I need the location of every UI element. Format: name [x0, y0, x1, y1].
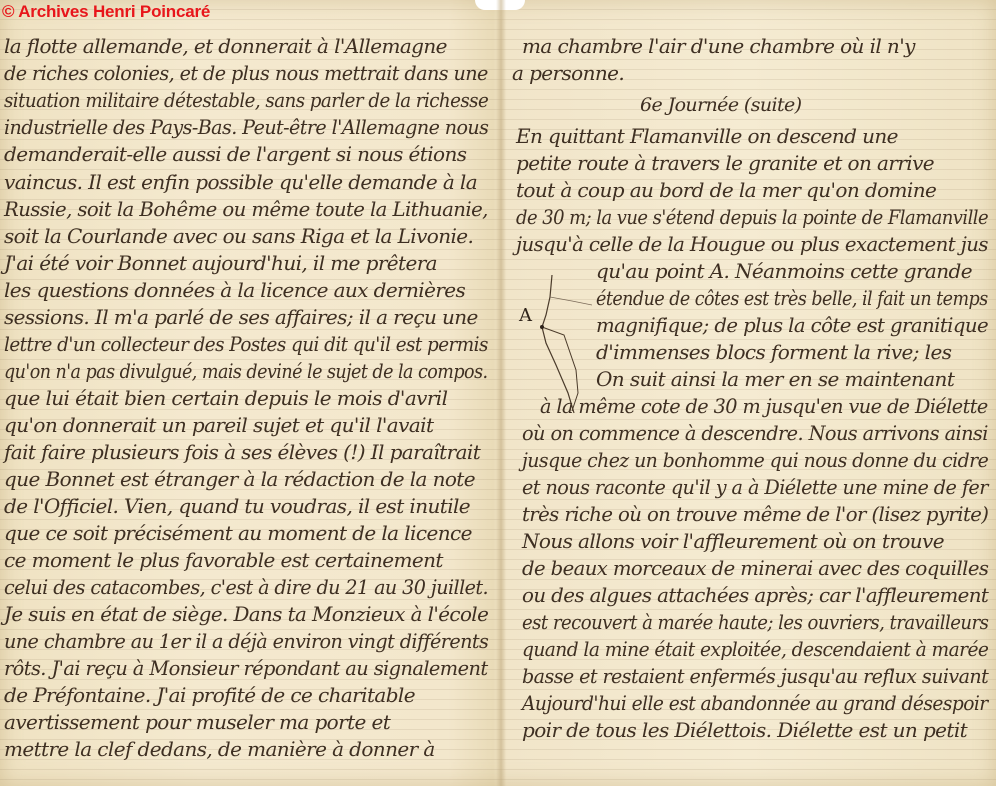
manuscript-line: Nous allons voir l'affleurement où on tr…	[522, 529, 944, 553]
background-margin	[0, 786, 996, 800]
manuscript-line: jusqu'à celle de la Hougue ou plus exact…	[516, 232, 988, 256]
copyright-watermark: © Archives Henri Poincaré	[2, 2, 210, 22]
manuscript-line: jusque chez un bonhomme qui nous donne d…	[522, 448, 988, 472]
manuscript-line: avertissement pour museler ma porte et	[4, 710, 390, 734]
manuscript-line: basse et restaient enfermés jusqu'au ref…	[522, 664, 988, 688]
manuscript-line: une chambre au 1er il a déjà environ vin…	[4, 629, 488, 653]
manuscript-line: ou des algues attachées après; car l'aff…	[522, 583, 988, 607]
manuscript-line: que Bonnet est étranger à la rédaction d…	[4, 467, 475, 491]
manuscript-line: ma chambre l'air d'une chambre où il n'y	[522, 34, 915, 58]
manuscript-line: Russie, soit la Bohême ou même toute la …	[4, 197, 488, 221]
manuscript-line: de Préfontaine. J'ai profité de ce chari…	[4, 683, 415, 707]
manuscript-line: qu'au point A. Néanmoins cette grande	[596, 259, 972, 283]
manuscript-line: industrielle des Pays-Bas. Peut-être l'A…	[4, 115, 488, 139]
manuscript-line: ce moment le plus favorable est certaine…	[4, 548, 443, 572]
manuscript-line: qu'on donnerait un pareil sujet et qu'il…	[4, 413, 433, 437]
manuscript-line: vaincus. Il est enfin possible qu'elle d…	[4, 170, 477, 194]
manuscript-line: lettre d'un collecteur des Postes qui di…	[4, 332, 488, 356]
manuscript-line: d'immenses blocs forment la rive; les	[596, 340, 951, 364]
manuscript-line: est recouvert à marée haute; les ouvrier…	[522, 610, 988, 634]
manuscript-line: et nous raconte qu'il y a à Diélette une…	[522, 475, 988, 499]
manuscript-line: à la même cote de 30 m jusqu'en vue de D…	[540, 394, 988, 418]
center-fold	[496, 0, 506, 786]
manuscript-line: Je suis en état de siège. Dans ta Monzie…	[4, 602, 488, 626]
manuscript-line: que lui était bien certain depuis le moi…	[4, 386, 447, 410]
manuscript-line: petite route à travers le granite et on …	[516, 151, 934, 175]
manuscript-line: On suit ainsi la mer en se maintenant	[596, 367, 954, 391]
manuscript-line: très riche où on trouve même de l'or (li…	[522, 502, 988, 526]
manuscript-line: fait faire plusieurs fois à ses élèves (…	[4, 440, 480, 464]
manuscript-line: situation militaire détestable, sans par…	[4, 88, 488, 112]
manuscript-line: étendue de côtes est très belle, il fait…	[596, 286, 988, 310]
manuscript-line: de l'Officiel. Vien, quand tu voudras, i…	[4, 494, 470, 518]
section-heading: 6e Journée (suite)	[640, 94, 801, 116]
manuscript-line: la flotte allemande, et donnerait à l'Al…	[4, 34, 474, 58]
coastline-sketch-icon	[512, 275, 592, 425]
manuscript-line: J'ai été voir Bonnet aujourd'hui, il me …	[4, 251, 437, 275]
manuscript-line: En quittant Flamanville on descend une	[516, 124, 898, 148]
manuscript-line: a personne.	[512, 61, 624, 85]
manuscript-line: les questions données à la licence aux d…	[4, 278, 465, 302]
manuscript-line: de beaux morceaux de minerai avec des co…	[522, 556, 988, 580]
manuscript-line: Aujourd'hui elle est abandonnée au grand…	[522, 691, 988, 715]
manuscript-line: soit la Courlande avec ou sans Riga et l…	[4, 224, 473, 248]
manuscript-line: celui des catacombes, c'est à dire du 21…	[4, 575, 488, 599]
manuscript-line: poir de tous les Diélettois. Diélette es…	[522, 718, 967, 742]
manuscript-line: sessions. Il m'a parlé de ses affaires; …	[4, 305, 478, 329]
manuscript-line: de riches colonies, et de plus nous mett…	[4, 61, 488, 85]
manuscript-line: mettre la clef dedans, de manière à donn…	[4, 737, 435, 761]
point-a-label: A	[519, 305, 532, 326]
manuscript-line: rôts. J'ai reçu à Monsieur répondant au …	[4, 656, 488, 680]
manuscript-line: tout à coup au bord de la mer qu'on domi…	[516, 178, 936, 202]
manuscript-line: magnifique; de plus la côte est granitiq…	[596, 313, 988, 337]
manuscript-line: de 30 m; la vue s'étend depuis la pointe…	[516, 205, 988, 229]
manuscript-line: que ce soit précisément au moment de la …	[4, 521, 472, 545]
manuscript-line: qu'on n'a pas divulgué, mais deviné le s…	[4, 359, 488, 383]
manuscript-line: demanderait-elle aussi de l'argent si no…	[4, 142, 466, 166]
manuscript-line: quand la mine était exploitée, descendai…	[522, 637, 988, 661]
